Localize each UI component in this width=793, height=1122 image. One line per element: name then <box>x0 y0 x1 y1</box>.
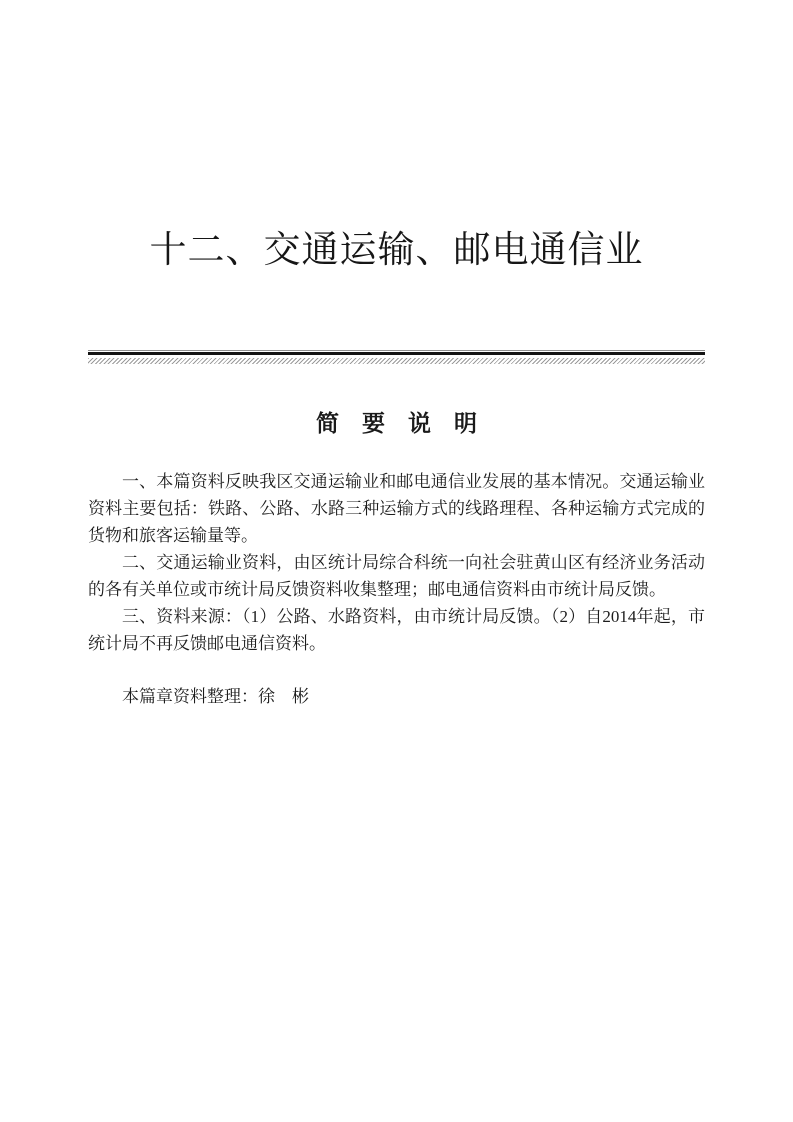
decorative-rule <box>88 350 705 364</box>
chapter-title: 十二、交通运输、邮电通信业 <box>88 0 705 273</box>
paragraph-3: 三、资料来源：（1）公路、水路资料，由市统计局反馈。（2）自2014年起，市统计… <box>88 603 705 657</box>
paragraph-2: 二、交通运输业资料，由区统计局综合科统一向社会驻黄山区有经济业务活动的各有关单位… <box>88 549 705 603</box>
document-page: 十二、交通运输、邮电通信业 简 要 说 明 一、本篇资料反映我区交通运输业和邮电… <box>0 0 793 1122</box>
rule-hatch-band <box>88 358 705 364</box>
rule-thin-line <box>88 350 705 351</box>
explanation-body: 一、本篇资料反映我区交通运输业和邮电通信业发展的基本情况。交通运输业资料主要包括… <box>88 468 705 710</box>
section-heading: 简 要 说 明 <box>88 410 705 436</box>
rule-thick-line <box>88 352 705 355</box>
paragraph-1: 一、本篇资料反映我区交通运输业和邮电通信业发展的基本情况。交通运输业资料主要包括… <box>88 468 705 549</box>
compiler-note: 本篇章资料整理：徐 彬 <box>88 683 705 710</box>
